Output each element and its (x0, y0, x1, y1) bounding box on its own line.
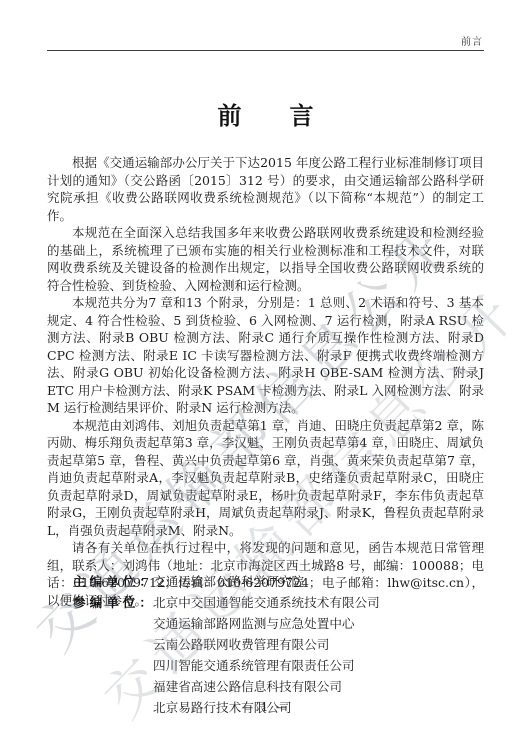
page-title: 前 言 (0, 96, 531, 131)
participating-unit: 福建省高速公路信息科技有限公司 (47, 676, 507, 697)
preface-body: 根据《交通运输部办公厅关于下达2015 年度公路工程行业标准制修订项目计划的通知… (47, 154, 484, 609)
participating-unit: 云南公路联网收费管理有限公司 (47, 634, 507, 655)
paragraph: 本规范由刘鸿伟、刘旭负责起草第1 章，肖迪、田晓庄负责起草第2 章，陈丙勋、梅乐… (47, 417, 484, 540)
participant-row: 参编单位：北京中交国通智能交通系统技术有限公司 (47, 592, 507, 613)
participating-unit: 北京中交国通智能交通系统技术有限公司 (153, 595, 380, 610)
paragraph: 根据《交通运输部办公厅关于下达2015 年度公路工程行业标准制修订项目计划的通知… (47, 154, 484, 224)
chief-editor-value: 交通运输部公路科学研究院 (153, 574, 304, 589)
participating-unit: 四川智能交通系统管理有限责任公司 (47, 655, 507, 676)
document-page: 前言 前 言 根据《交通运输部办公厅关于下达2015 年度公路工程行业标准制修订… (0, 0, 531, 749)
paragraph: 本规范共分为7 章和13 个附录，分别是：1 总则、2 术语和符号、3 基本规定… (47, 294, 484, 417)
page-number: — 1 — (0, 700, 531, 714)
header-rule (47, 50, 484, 51)
running-header-label: 前言 (461, 33, 483, 48)
participant-label: 参编单位： (73, 592, 153, 613)
chief-editor-label: 主编单位： (73, 571, 153, 592)
editing-units: 主编单位：交通运输部公路科学研究院 参编单位：北京中交国通智能交通系统技术有限公… (47, 571, 507, 718)
paragraph: 本规范在全面深入总结我国多年来收费公路联网收费系统建设和检测经验的基础上，系统梳… (47, 224, 484, 294)
participating-unit: 交通运输部路网监测与应急处置中心 (47, 613, 507, 634)
chief-editor-row: 主编单位：交通运输部公路科学研究院 (47, 571, 507, 592)
